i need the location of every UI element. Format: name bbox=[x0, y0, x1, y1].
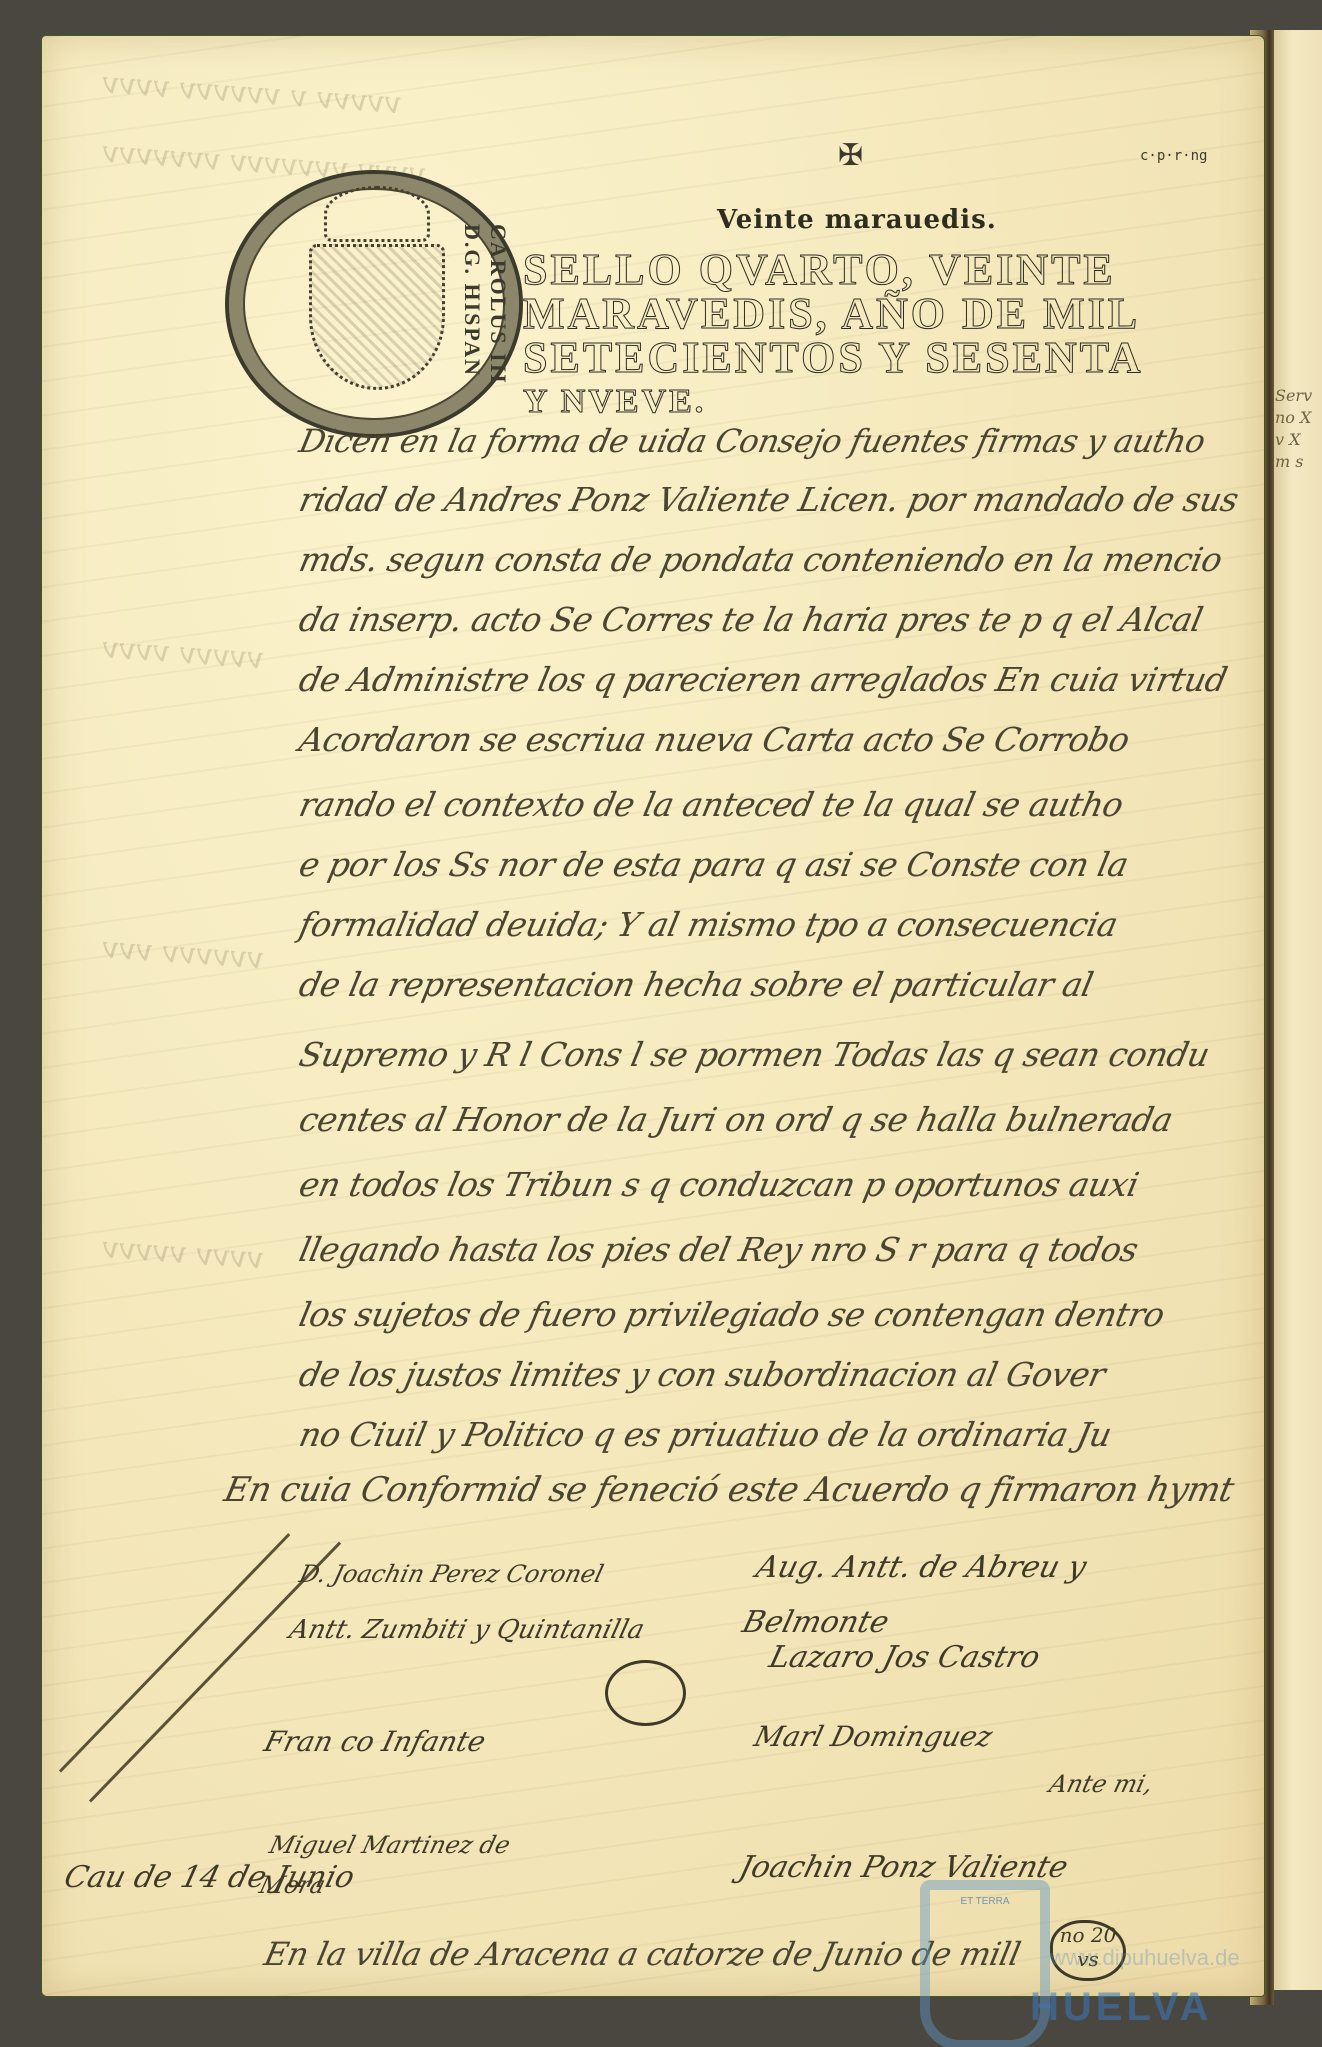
stamp-heading-line: SETECIENTOS Y SESENTA bbox=[523, 336, 1223, 380]
seal-legend: CAROLUS III D.G. HISPAN bbox=[459, 224, 511, 434]
crown-icon bbox=[324, 186, 430, 242]
corner-mark: c·p·r·ng bbox=[1140, 148, 1207, 164]
royal-seal: CAROLUS III D.G. HISPAN bbox=[225, 170, 523, 438]
cross-icon: ✠ bbox=[838, 138, 863, 173]
bleed-through-text: vvvv vvvvv bbox=[101, 1230, 265, 1276]
stamp-heading-line: Y NVEVE. bbox=[523, 380, 1223, 424]
body-line: ridad de Andres Ponz Valiente Licen. por… bbox=[296, 480, 1242, 519]
body-line: Acordaron se escriua nueva Carta acto Se… bbox=[296, 720, 1133, 759]
body-line: de Administre los q parecieren arreglado… bbox=[296, 660, 1231, 699]
body-line: rando el contexto de la anteced te la qu… bbox=[296, 785, 1127, 824]
bleed-through-text: vvvvv v vvvvvv vvvv bbox=[101, 66, 402, 122]
body-line: mds. segun consta de pondata conteniendo… bbox=[296, 540, 1226, 579]
body-line: Supremo y R l Cons l se pormen Todas las… bbox=[296, 1035, 1213, 1074]
signature: Ante mi, bbox=[1047, 1770, 1156, 1798]
signature: Cau de 14 de Junio bbox=[61, 1860, 358, 1895]
body-line: En cuia Conformid se feneció este Acuerd… bbox=[221, 1470, 1237, 1510]
watermark-url: www.dipuhuelva.de bbox=[1050, 1945, 1240, 1971]
body-line: de los justos limites y con subordinacio… bbox=[296, 1355, 1109, 1394]
watermark-name: HUELVA bbox=[1030, 1985, 1213, 2030]
signature: Antt. Zumbiti y Quintanilla bbox=[286, 1615, 647, 1645]
signature: Fran co Infante bbox=[261, 1725, 489, 1758]
stamp-heading: SELLO QVARTO, VEINTE MARAVEDIS, AÑO DE M… bbox=[523, 248, 1223, 424]
right-margin-note: Serv no X v X m s bbox=[1275, 385, 1312, 473]
body-line: centes al Honor de la Juri on ord q se h… bbox=[296, 1100, 1176, 1139]
adjacent-right-page bbox=[1272, 30, 1322, 1990]
stamp-heading-line: SELLO QVARTO, VEINTE bbox=[523, 248, 1223, 292]
bleed-through-text: vvvvvv vvv bbox=[101, 930, 265, 976]
body-line: en todos los Tribun s q conduzcan p opor… bbox=[296, 1165, 1142, 1204]
body-line: formalidad deuida; Y al mismo tpo a cons… bbox=[296, 905, 1121, 944]
margin-note-line: Serv bbox=[1275, 385, 1312, 407]
closing-line: En la villa de Aracena a catorze de Juni… bbox=[261, 1935, 1024, 1973]
body-line: los sujetos de fuero privilegiado se con… bbox=[296, 1295, 1168, 1334]
signature: Lazaro Jos Castro bbox=[766, 1640, 1044, 1675]
coat-of-arms-icon bbox=[309, 244, 445, 390]
bleed-through-text: vvvvv vvvv bbox=[101, 630, 265, 676]
stamp-value-line: Veinte marauedis. bbox=[717, 205, 997, 235]
stamp-heading-line: MARAVEDIS, AÑO DE MIL bbox=[523, 292, 1223, 336]
margin-note-line: m s bbox=[1275, 451, 1312, 473]
rubric-flourish bbox=[605, 1660, 686, 1726]
signature: Aug. Antt. de Abreu y Belmonte bbox=[736, 1540, 1223, 1650]
signature: D. Joachin Perez Coronel bbox=[297, 1560, 607, 1588]
watermark-motto: ET TERRA bbox=[930, 1896, 1040, 1907]
body-line: llegando hasta los pies del Rey nro S r … bbox=[296, 1230, 1142, 1269]
body-line: de la representacion hecha sobre el part… bbox=[296, 965, 1097, 1004]
margin-note-line: no X bbox=[1275, 407, 1312, 429]
signature: Marl Dominguez bbox=[751, 1720, 996, 1753]
body-line: da inserp. acto Se Corres te la haria pr… bbox=[296, 600, 1206, 639]
body-line: no Ciuil y Politico q es priuatiuo de la… bbox=[296, 1415, 1115, 1454]
margin-note-line: v X bbox=[1275, 429, 1312, 451]
body-line: e por los Ss nor de esta para q asi se C… bbox=[296, 845, 1132, 884]
body-line: Dicen en la forma de uida Consejo fuente… bbox=[296, 422, 1209, 460]
